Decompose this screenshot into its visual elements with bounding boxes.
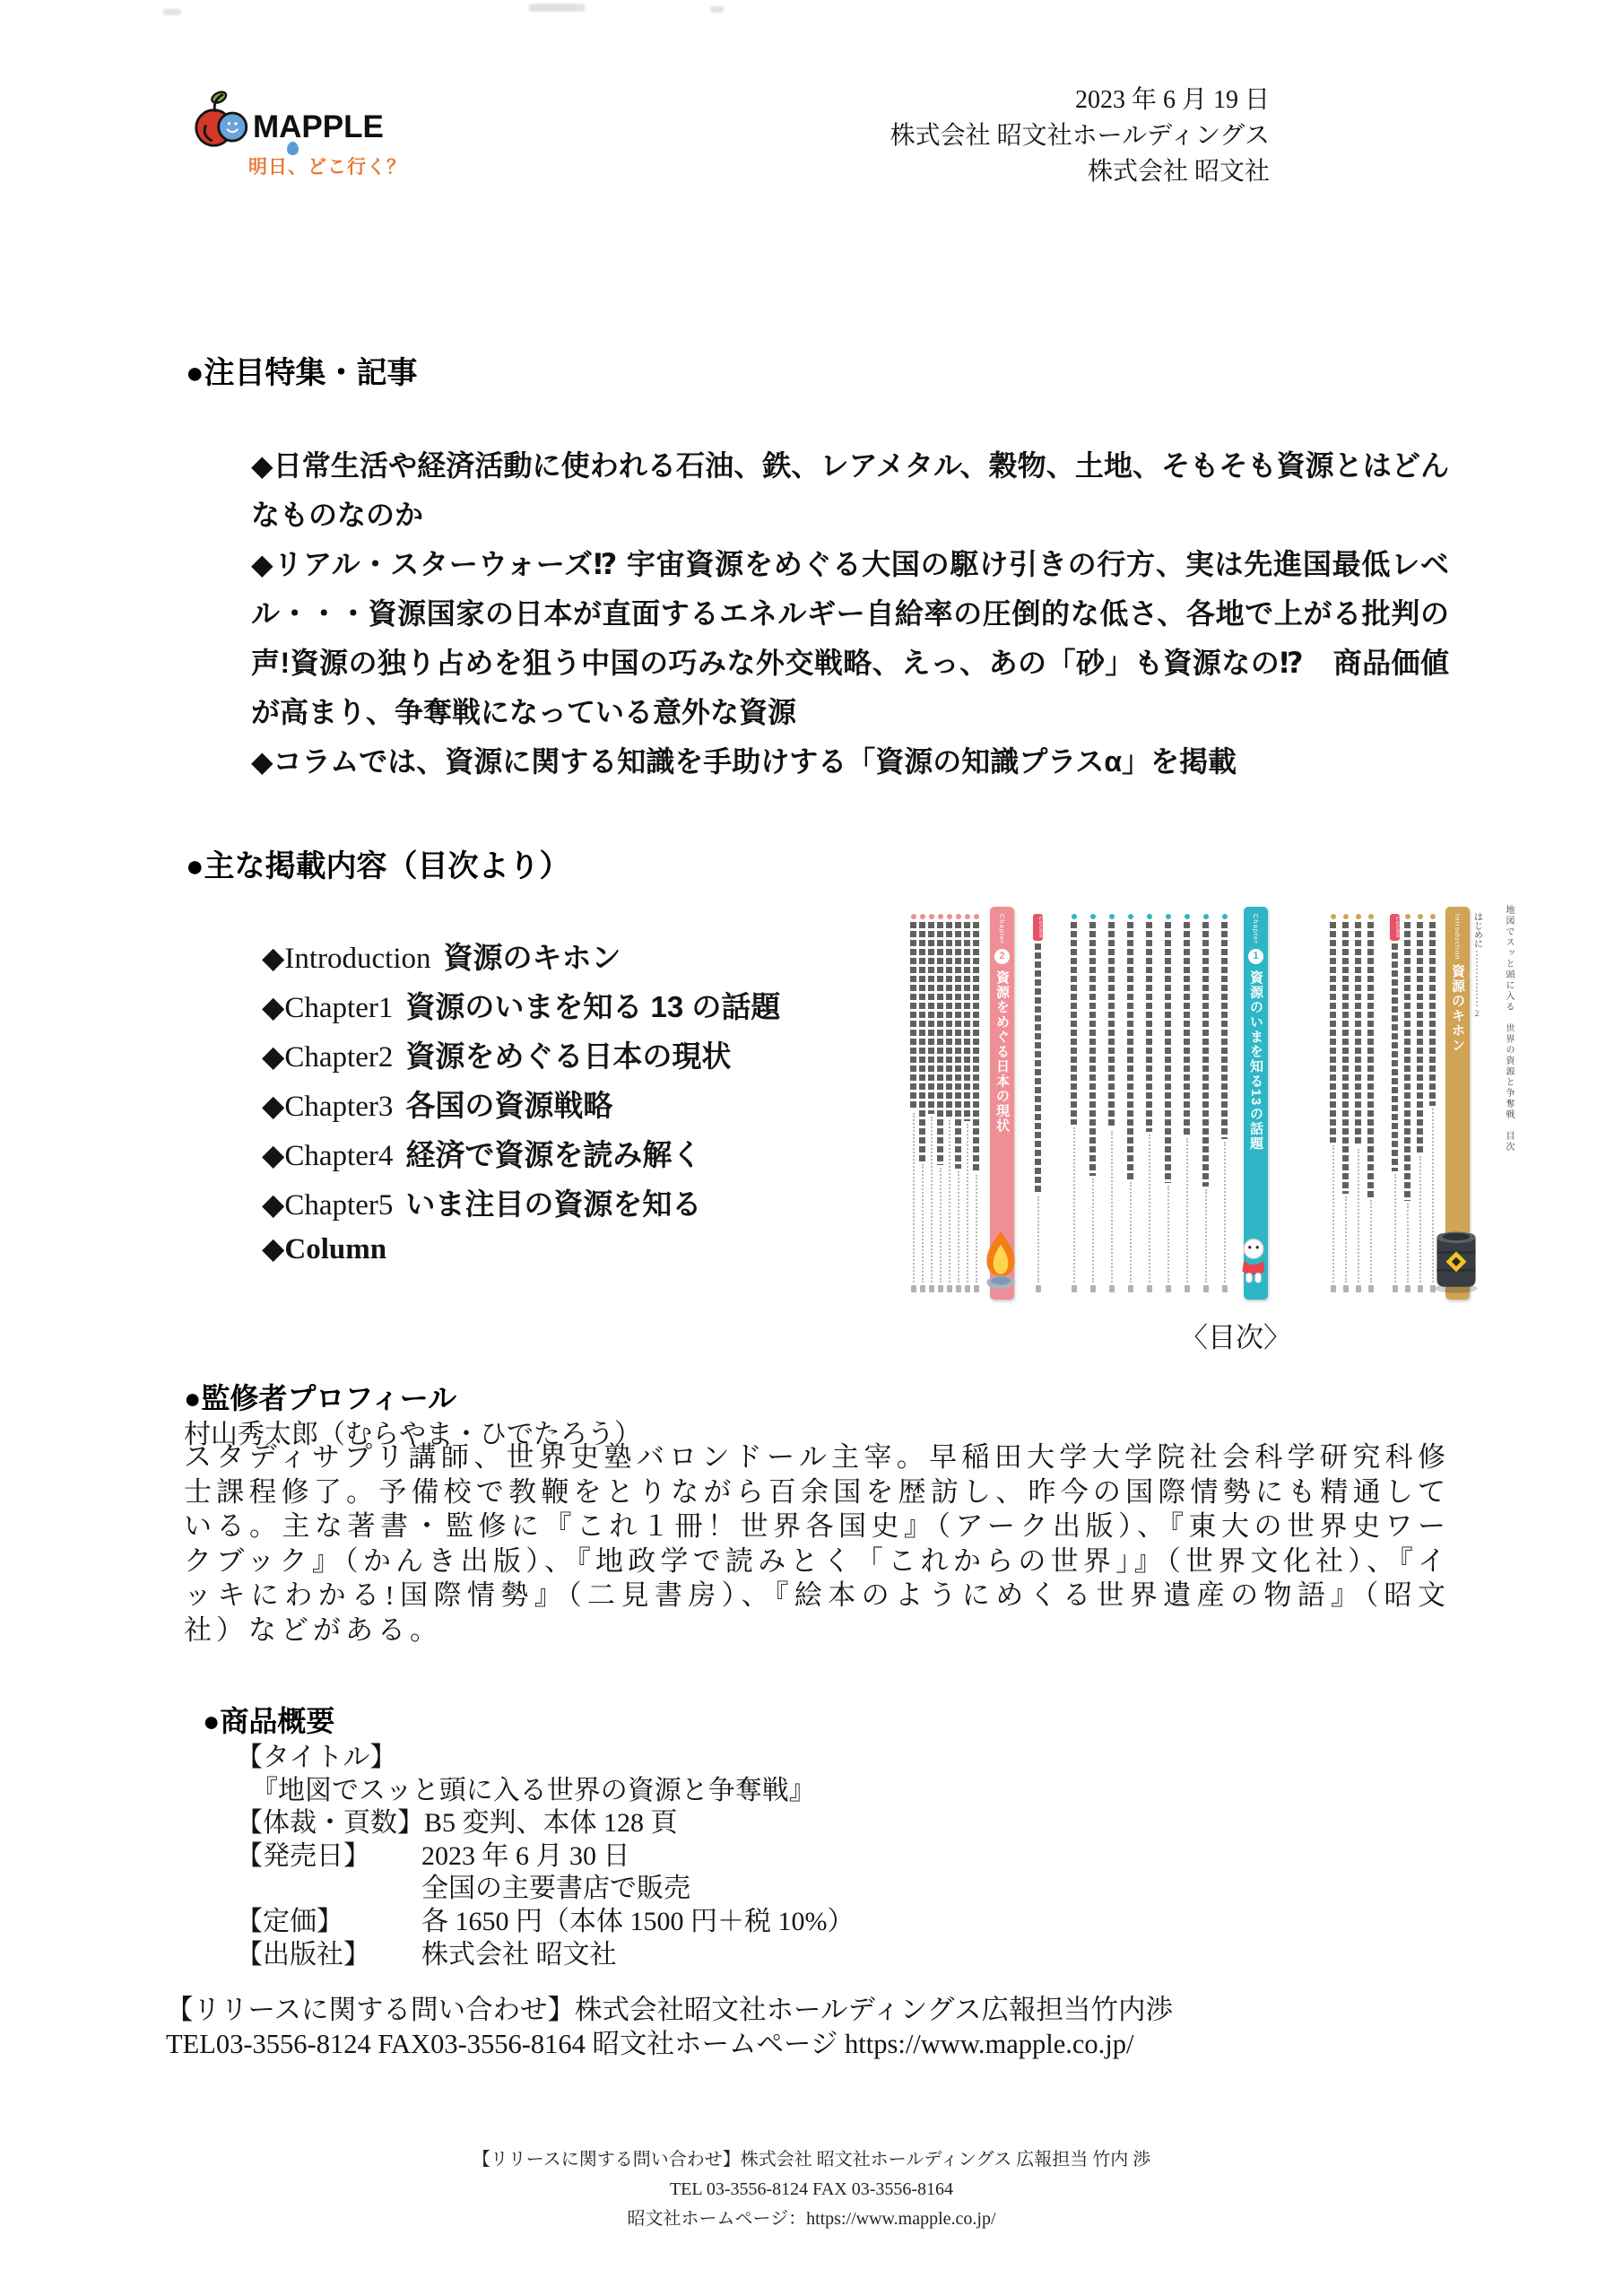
scan-artifact (529, 4, 585, 12)
page-footer: 【リリースに関する問い合わせ】株式会社 昭文社ホールディングス 広報担当 竹内 … (0, 2145, 1623, 2234)
chapter-title: 各国の資源戦略 (405, 1089, 612, 1122)
toc-entry-page-number (1036, 1285, 1041, 1292)
toc-entry-dot (938, 914, 943, 919)
toc-entry-text-line (1202, 922, 1209, 1187)
toc-entry: Column (1033, 914, 1043, 1292)
toc-leader (1476, 951, 1478, 1006)
toc-entry-page-number (1166, 1285, 1171, 1292)
toc-entry-page-number (1418, 1285, 1423, 1292)
toc-image: 地図でスッと頭に入る 世界の資源と争奪戦 目次 はじめに 2 Introduct… (899, 900, 1520, 1310)
toc-entry-dot (1090, 914, 1096, 919)
footer-tel-fax: TEL 03-3556-8124 FAX 03-3556-8164 (0, 2175, 1623, 2205)
chapter-list-item: ◆Chapter1資源のいまを知る 13 の話題 (262, 984, 780, 1033)
product-row-value: 株式会社 昭文社 (421, 1940, 617, 1970)
toc-entry-leader (1224, 1142, 1226, 1283)
toc-entry-text-line (1089, 922, 1096, 1176)
toc-entry-text-line (955, 922, 961, 1169)
toc-entry-page-number (1343, 1285, 1349, 1292)
toc-entry (1328, 914, 1338, 1292)
toc-entry-dot (920, 914, 925, 919)
toc-bar-tag: Introduction (1454, 914, 1462, 960)
toc-entry-text-line (1404, 922, 1410, 1201)
toc-entry (926, 914, 936, 1292)
chapter-label: ◆Chapter4 (262, 1140, 393, 1172)
chapter-label: ◆Chapter5 (262, 1189, 393, 1222)
toc-entry-dot (1072, 914, 1077, 919)
logo-tagline: 明日、どこ行く？ (248, 152, 406, 179)
toc-entry-leader (1358, 1149, 1359, 1283)
toc-entry (1353, 914, 1363, 1292)
toc-entry-dot (1185, 914, 1190, 919)
toc-entry-leader (976, 1175, 977, 1283)
mapple-apple-globe-icon (193, 84, 250, 156)
toc-entry (1366, 914, 1376, 1292)
toc-entry (1125, 914, 1135, 1292)
toc-entry-text-line (1417, 922, 1423, 1153)
toc-entry (1088, 914, 1098, 1292)
toc-entry-text-line (1035, 944, 1041, 1194)
product-row: 『地図でスッと頭に入る世界の資源と争奪戦』 (236, 1768, 855, 1801)
toc-hajimeni-label: はじめに (1471, 912, 1484, 948)
toc-entry (1201, 914, 1211, 1292)
toc-bar-number: 1 (1248, 949, 1263, 964)
toc-entry-dot (1203, 914, 1209, 919)
toc-entry (1163, 914, 1173, 1292)
chapter-list: ◆Introduction資源のキホン◆Chapter1資源のいまを知る 13 … (262, 935, 780, 1280)
chapter-list-item: ◆Introduction資源のキホン (262, 935, 780, 984)
scan-artifact (710, 6, 724, 13)
toc-entry-page-number (1090, 1285, 1096, 1292)
toc-entry-leader (1111, 1131, 1113, 1283)
chapter-title: 資源をめぐる日本の現状 (405, 1039, 731, 1073)
toc-bar-title: 資源をめぐる日本の現状 (993, 970, 1011, 1134)
toc-entry-leader (1332, 1145, 1334, 1283)
toc-entry-dot (1405, 914, 1410, 919)
toc-entry-text-line (1330, 922, 1336, 1143)
profile-bio: スタディサプリ講師、世界史塾バロンドール主宰。早稲田大学大学院社会科学研究科修士… (184, 1440, 1450, 1648)
toc-entry-leader (1186, 1138, 1188, 1283)
toc-entry-dot (1418, 914, 1423, 919)
toc-entry-page-number (1147, 1285, 1152, 1292)
toc-entry (1069, 914, 1079, 1292)
release-contact: 【リリースに関する問い合わせ】株式会社昭文社ホールディングス広報担当竹内渉 TE… (166, 1993, 1439, 2061)
toc-entry-page-number (1222, 1285, 1228, 1292)
toc-entry (962, 914, 972, 1292)
column-badge: Column (1390, 914, 1400, 941)
toc-entry-text-line (928, 922, 934, 1114)
toc-entry-leader (1073, 1127, 1075, 1283)
toc-entry-page-number (938, 1285, 943, 1292)
toc-bar-title: 資源のいまを知る13の話題 (1246, 970, 1265, 1151)
toc-entry-leader (1370, 1200, 1372, 1283)
toc-entry-dot (1343, 914, 1349, 919)
toc-entry-text-line (946, 922, 952, 1118)
toc-entry-leader (1149, 1135, 1150, 1283)
toc-entry-dot (1166, 914, 1171, 919)
barrel-icon (1432, 1226, 1480, 1299)
featured-bullet: ◆リアル・スターウォーズ⁉ 宇宙資源をめぐる大国の駆け引きの行方、実は先進国最低… (251, 540, 1449, 737)
toc-entry-text-line (964, 922, 970, 1121)
toc-entry-leader (1130, 1182, 1132, 1283)
chapter-list-item: ◆Chapter4経済で資源を読み解く (262, 1132, 780, 1181)
toc-entry-text-line (973, 922, 979, 1172)
toc-entry-text-line (910, 922, 916, 1110)
toc-entry-dot (1109, 914, 1115, 919)
toc-entry-text-line (1355, 922, 1361, 1146)
footer-contact: 【リリースに関する問い合わせ】株式会社 昭文社ホールディングス 広報担当 竹内 … (0, 2145, 1623, 2175)
toc-entry-text-line (1367, 922, 1374, 1197)
mapple-wordmark: MAPPLE (253, 109, 384, 145)
toc-entry-dot (1331, 914, 1336, 919)
column-badge: Column (1033, 914, 1043, 941)
toc-entry (1428, 914, 1437, 1292)
toc-entry-text-line (919, 922, 925, 1161)
toc-entry-page-number (920, 1285, 925, 1292)
toc-entry-page-number (1072, 1285, 1077, 1292)
toc-entry-text-line (1392, 944, 1398, 1171)
toc-entry (1107, 914, 1116, 1292)
toc-entry-dot (965, 914, 970, 919)
toc-entry-dot (1128, 914, 1133, 919)
toc-entry-page-number (965, 1285, 970, 1292)
featured-bullet: ◆コラムでは、資源に関する知識を手助けする「資源の知識プラスα」を掲載 (251, 737, 1449, 787)
toc-entry (971, 914, 981, 1292)
product-row: 【出版社】株式会社 昭文社 (236, 1932, 855, 1965)
toc-entry-page-number (1128, 1285, 1133, 1292)
toc-entry-leader (958, 1171, 959, 1283)
mapple-logo: MAPPLE 明日、どこ行く？ (193, 83, 426, 181)
toc-entry-leader (1419, 1156, 1421, 1283)
toc-entry-dot (929, 914, 934, 919)
release-contact-line1: 【リリースに関する問い合わせ】株式会社昭文社ホールディングス広報担当竹内渉 (166, 1993, 1439, 2027)
chapter-label: ◆Chapter1 (262, 992, 393, 1024)
chapter-label: ◆Chapter3 (262, 1091, 393, 1123)
chapter-label: ◆Introduction (262, 943, 431, 975)
toc-entry-leader (1037, 1196, 1039, 1283)
toc-entry-dot (1222, 914, 1228, 919)
toc-entry-text-line (1127, 922, 1133, 1179)
footer-homepage: 昭文社ホームページ：https://www.mapple.co.jp/ (0, 2205, 1623, 2234)
featured-heading: ●注目特集・記事 (186, 348, 418, 392)
toc-entry-dot (947, 914, 952, 919)
toc-entry-leader (1092, 1178, 1094, 1283)
toc-entry-dot (1356, 914, 1361, 919)
toc-entry-page-number (1356, 1285, 1361, 1292)
toc-entry-text-line (1165, 922, 1171, 1183)
chapter-list-item: ◆Chapter3各国の資源戦略 (262, 1083, 780, 1132)
toc-entry-dot (956, 914, 961, 919)
toc-entry-dot (1147, 914, 1152, 919)
toc-entry-page-number (1331, 1285, 1336, 1292)
toc-caption: 〈目次〉 (1180, 1315, 1291, 1355)
toc-entry-page-number (1430, 1285, 1436, 1292)
product-row: 【発売日】2023 年 6 月 30 日 (236, 1833, 855, 1866)
flame-icon (980, 1230, 1021, 1295)
toc-entry-page-number (1393, 1285, 1398, 1292)
toc-bar-tag: Chapter (1252, 914, 1260, 944)
chapter-label: ◆Column (262, 1233, 386, 1265)
toc-entry-text-line (1221, 922, 1228, 1139)
mascot-icon (1235, 1233, 1272, 1291)
contents-heading: ●主な掲載内容（目次より） (186, 841, 570, 885)
toc-entry-text-line (1184, 922, 1190, 1135)
toc-entry (1415, 914, 1425, 1292)
toc-entry-page-number (974, 1285, 979, 1292)
product-rows: 【タイトル】『地図でスッと頭に入る世界の資源と争奪戦』【体裁・頁数】B5 変判、… (236, 1735, 855, 1964)
toc-entry-text-line (1108, 922, 1115, 1128)
toc-entry (935, 914, 945, 1292)
chapter-title: いま注目の資源を知る (405, 1187, 701, 1221)
toc-entry-page-number (947, 1285, 952, 1292)
toc-entry-leader (1432, 1109, 1434, 1283)
release-date: 2023 年 6 月 19 日 (890, 83, 1270, 118)
toc-entry-page-number (956, 1285, 961, 1292)
toc-entry-dot (911, 914, 916, 919)
toc-entry-dot (1368, 914, 1374, 919)
company: 株式会社 昭文社 (890, 154, 1270, 190)
release-contact-line2: TEL03-3556-8124 FAX03-3556-8164 昭文社ホームペー… (166, 2027, 1439, 2061)
toc-hajimeni: はじめに 2 (1471, 912, 1482, 1018)
toc-entry-leader (913, 1113, 915, 1283)
toc-bar-number: 2 (994, 949, 1010, 964)
toc-entry-leader (1205, 1189, 1207, 1283)
chapter-title: 資源のいまを知る 13 の話題 (405, 990, 780, 1023)
toc-entry-page-number (1109, 1285, 1115, 1292)
chapter-label: ◆Chapter2 (262, 1041, 393, 1074)
toc-entry-page-number (1203, 1285, 1209, 1292)
toc-entry-leader (1345, 1196, 1347, 1283)
toc-entry-text-line (1429, 922, 1436, 1106)
toc-entry-leader (922, 1164, 924, 1283)
featured-bullets: ◆日常生活や経済活動に使われる石油、鉄、レアメタル、穀物、土地、そもそも資源とは… (251, 441, 1449, 787)
toc-entry-leader (931, 1117, 933, 1283)
product-row: 【定価】各 1650 円（本体 1500 円＋税 10%） (236, 1899, 855, 1932)
press-release-page: MAPPLE 明日、どこ行く？ 2023 年 6 月 19 日 株式会社 昭文社… (0, 0, 1623, 2296)
toc-entry-page-number (1405, 1285, 1410, 1292)
toc-entry-text-line (1146, 922, 1152, 1132)
toc-entry-leader (967, 1124, 968, 1283)
toc-entry (908, 914, 918, 1292)
chapter-title: 経済で資源を読み解く (405, 1138, 701, 1171)
toc-entry-leader (949, 1120, 950, 1283)
featured-bullet: ◆日常生活や経済活動に使われる石油、鉄、レアメタル、穀物、土地、そもそも資源とは… (251, 441, 1449, 540)
product-row-label: 【発売日】 (236, 1833, 421, 1873)
toc-entry-text-line (1071, 922, 1077, 1125)
chapter-list-item: ◆Chapter2資源をめぐる日本の現状 (262, 1033, 780, 1083)
toc-entry-dot (974, 914, 979, 919)
toc-entry (1182, 914, 1192, 1292)
toc-entry (1219, 914, 1229, 1292)
toc-entry (1402, 914, 1412, 1292)
toc-entry-page-number (929, 1285, 934, 1292)
scan-artifact (163, 9, 181, 15)
toc-book-title: 地図でスッと頭に入る 世界の資源と争奪戦 目次 (1502, 905, 1515, 1192)
chapter-title: 資源のキホン (444, 941, 621, 974)
toc-entry-dot (1430, 914, 1436, 919)
header-meta: 2023 年 6 月 19 日 株式会社 昭文社ホールディングス 株式会社 昭文… (890, 83, 1270, 190)
toc-entry (944, 914, 954, 1292)
chapter-list-item: ◆Chapter5いま注目の資源を知る (262, 1181, 780, 1231)
toc-entry-leader (1407, 1204, 1409, 1283)
toc-entry (1144, 914, 1154, 1292)
toc-entry (917, 914, 927, 1292)
toc-entry (1341, 914, 1350, 1292)
product-row-label: 【出版社】 (236, 1932, 421, 1971)
toc-entry-text-line (937, 922, 943, 1165)
toc-entry: Column (1390, 914, 1400, 1292)
toc-entry (953, 914, 963, 1292)
toc-entry-text-line (1342, 922, 1349, 1194)
toc-bar-tag: Chapter (998, 914, 1006, 944)
toc-entry-leader (1167, 1186, 1169, 1283)
toc-entry-page-number (1185, 1285, 1190, 1292)
toc-hajimeni-page: 2 (1475, 1009, 1480, 1018)
company-holdings: 株式会社 昭文社ホールディングス (890, 118, 1270, 154)
toc-bar-title: 資源のキホン (1448, 964, 1467, 1053)
toc-entry-page-number (1368, 1285, 1374, 1292)
product-row: 【タイトル】 (236, 1735, 855, 1768)
toc-entry-leader (1394, 1174, 1396, 1283)
toc-entry-page-number (911, 1285, 916, 1292)
toc-entry-leader (940, 1168, 942, 1283)
chapter-list-item: ◆Column (262, 1231, 780, 1280)
